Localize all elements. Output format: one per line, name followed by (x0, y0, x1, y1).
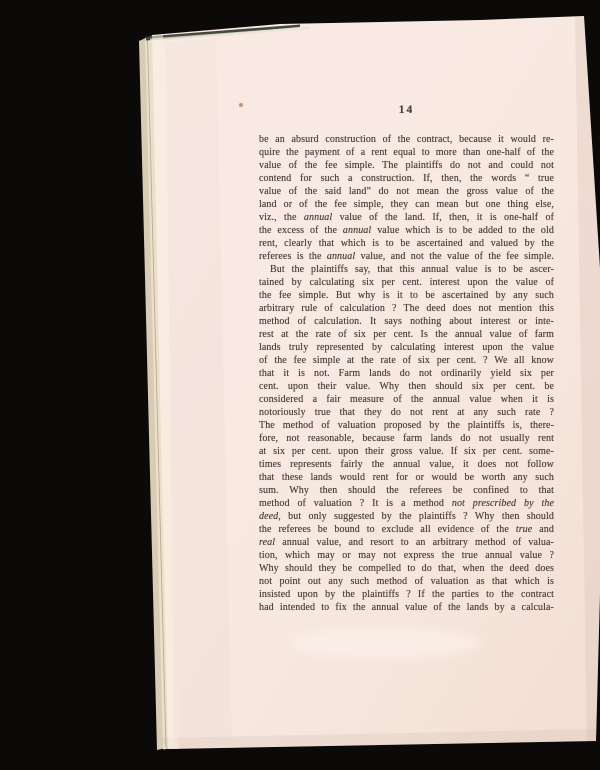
text-line: cent. upon their value. Why then should … (259, 380, 554, 393)
text-line: tion, which may or may not express the t… (259, 549, 554, 562)
page-number: 14 (259, 104, 554, 117)
text-line: that these lands would rent for or would… (259, 471, 554, 484)
text-line: But the plaintiffs say, that this annual… (259, 263, 554, 276)
text-line: Why should they be compelled to do that,… (259, 562, 554, 575)
text-line: land or of the fee simple, they can mean… (259, 198, 554, 211)
text-line: that it is not. Farm lands do not ordina… (259, 367, 554, 380)
text-line: deed, but only suggested by the plaintif… (259, 510, 554, 523)
text-line: value of the said land” do not mean the … (259, 185, 554, 198)
text-line: arbitrary rule of calculation ? The deed… (259, 302, 554, 315)
scanned-book-page-photo: 14 be an absurd construction of the cont… (0, 0, 600, 770)
text-line: at six per cent. upon their gross value.… (259, 445, 554, 458)
text-line: insisted upon by the plaintiffs ? If the… (259, 588, 554, 601)
paper-crease-highlight (290, 627, 480, 659)
text-line: times represents fairly the annual value… (259, 458, 554, 471)
printed-text-area: 14 be an absurd construction of the cont… (259, 104, 554, 614)
paper-speck (239, 103, 243, 107)
text-line: the fee simple. But why is it to be asce… (259, 289, 554, 302)
text-line: rest at the rate of six per cent. Is the… (259, 328, 554, 341)
text-line: The method of valuation proposed by the … (259, 419, 554, 432)
text-line: fore, not reasonable, because farm lands… (259, 432, 554, 445)
text-line: rent, clearly that which is to be ascert… (259, 237, 554, 250)
text-line: contend for such a construction. If, the… (259, 172, 554, 185)
text-line: be an absurd construction of the contrac… (259, 133, 554, 146)
text-line: viz., the annual value of the land. If, … (259, 211, 554, 224)
text-line: the excess of the annual value which is … (259, 224, 554, 237)
text-line: method of calculation. It says nothing a… (259, 315, 554, 328)
text-line: tained by calculating six per cent. inte… (259, 276, 554, 289)
text-line: notoriously true that they do not rent a… (259, 406, 554, 419)
text-line: method of valuation ? It is a method not… (259, 497, 554, 510)
text-line: real annual value, and resort to an arbi… (259, 536, 554, 549)
text-line: sum. Why then should the referees be con… (259, 484, 554, 497)
text-line: considered a fair measure of the annual … (259, 393, 554, 406)
text-line: referees is the annual value, and not th… (259, 250, 554, 263)
text-line: of the fee simple at the rate of six per… (259, 354, 554, 367)
text-line: quire the payment of a rent equal to mor… (259, 146, 554, 159)
text-line: value of the fee simple. The plaintiffs … (259, 159, 554, 172)
text-line: lands truly represented by calculating i… (259, 341, 554, 354)
text-line: the referees be bound to exclude all evi… (259, 523, 554, 536)
text-line: had intended to fix the annual value of … (259, 601, 554, 614)
text-line: not point out any such method of valuati… (259, 575, 554, 588)
body-text: be an absurd construction of the contrac… (259, 133, 554, 614)
